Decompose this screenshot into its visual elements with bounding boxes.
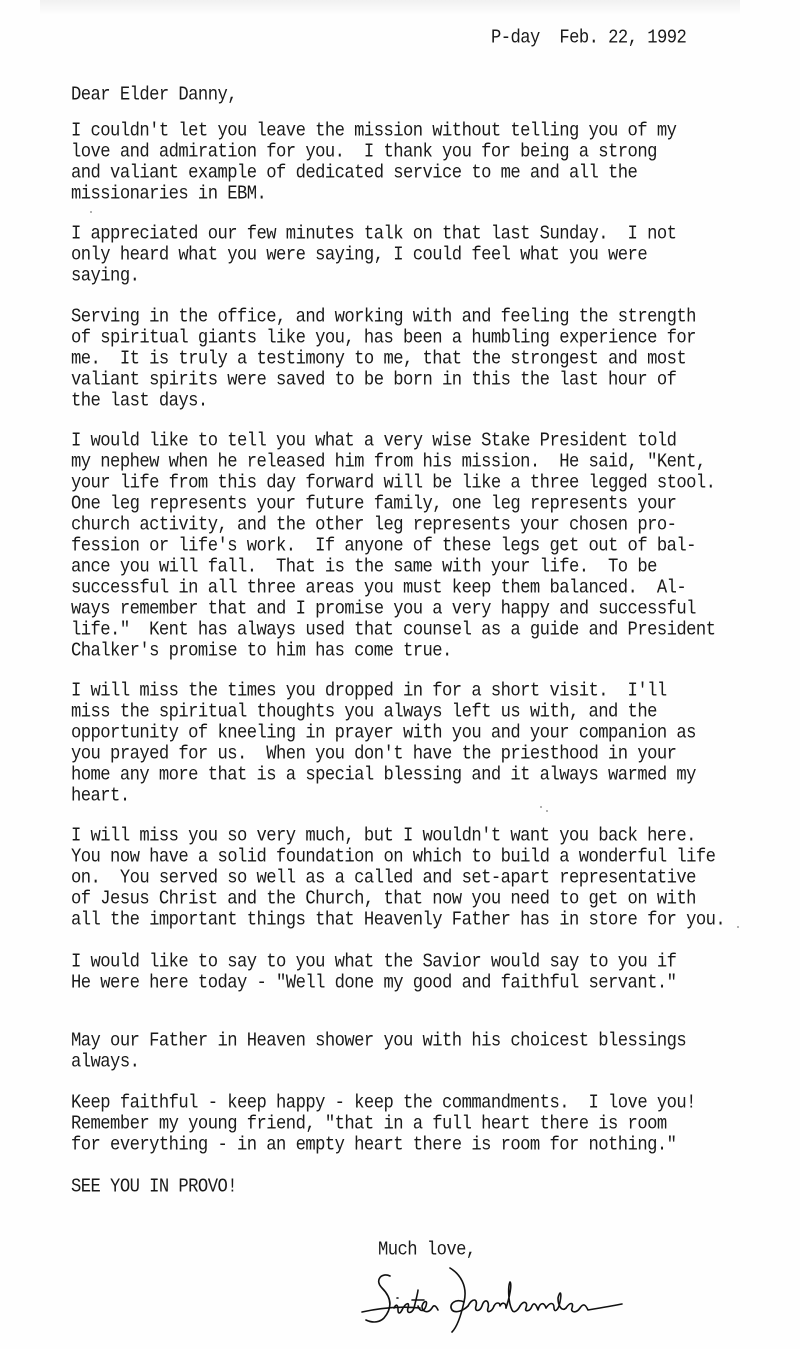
- paragraph-line: you prayed for us. When you don't have t…: [71, 744, 676, 766]
- letter-page: P-day Feb. 22, 1992 Dear Elder Danny, I …: [0, 0, 800, 1349]
- paragraph-line: always.: [71, 1052, 139, 1074]
- paragraph-line: love and admiration for you. I thank you…: [71, 142, 657, 164]
- paragraph-line: my nephew when he released him from his …: [71, 452, 706, 474]
- paragraph-line: I appreciated our few minutes talk on th…: [71, 224, 676, 246]
- paragraph-line: of Jesus Christ and the Church, that now…: [71, 889, 696, 911]
- paragraph-line: May our Father in Heaven shower you with…: [71, 1031, 686, 1053]
- paragraph-line: missionaries in EBM.: [71, 184, 266, 206]
- paragraph-line: I will miss the times you dropped in for…: [71, 681, 667, 703]
- paragraph-line: fession or life's work. If anyone of the…: [71, 536, 696, 558]
- paragraph-line: Chalker's promise to him has come true.: [71, 641, 452, 663]
- paper-speck: [546, 810, 548, 812]
- paragraph-line: I would like to tell you what a very wis…: [71, 431, 676, 453]
- paragraph-line: valiant spirits were saved to be born in…: [71, 370, 676, 392]
- paragraph-line: on. You served so well as a called and s…: [71, 868, 696, 890]
- paragraph-line: only heard what you were saying, I could…: [71, 245, 647, 267]
- closing: Much love,: [378, 1240, 476, 1261]
- paragraph-line: successful in all three areas you must k…: [71, 578, 686, 600]
- paragraph-line: Remember my young friend, "that in a ful…: [71, 1114, 667, 1136]
- paragraph-line: He were here today - "Well done my good …: [71, 973, 676, 995]
- paragraph-line: of spiritual giants like you, has been a…: [71, 328, 696, 350]
- paragraph-line: your life from this day forward will be …: [71, 473, 715, 495]
- paragraph-line: I will miss you so very much, but I woul…: [71, 826, 696, 848]
- paragraph-line: life." Kent has always used that counsel…: [71, 620, 715, 642]
- paragraph-line: all the important things that Heavenly F…: [71, 910, 725, 932]
- paragraph-line: me. It is truly a testimony to me, that …: [71, 349, 686, 371]
- paragraph-line: and valiant example of dedicated service…: [71, 163, 637, 185]
- paper-speck: [737, 926, 739, 928]
- paragraph-line: ways remember that and I promise you a v…: [71, 599, 696, 621]
- salutation: Dear Elder Danny,: [71, 85, 237, 107]
- paragraph-line: Keep faithful - keep happy - keep the co…: [71, 1093, 696, 1115]
- paragraph-line: home any more that is a special blessing…: [71, 765, 696, 787]
- paragraph-line: ance you will fall. That is the same wit…: [71, 557, 657, 579]
- handwritten-signature: [360, 1262, 640, 1334]
- paragraph-line: church activity, and the other leg repre…: [71, 515, 676, 537]
- paragraph-line: I couldn't let you leave the mission wit…: [71, 121, 676, 143]
- paragraph-line: miss the spiritual thoughts you always l…: [71, 702, 657, 724]
- paragraph-line: I would like to say to you what the Savi…: [71, 952, 676, 974]
- paragraph-line: One leg represents your future family, o…: [71, 494, 676, 516]
- paragraph-line: saying.: [71, 266, 139, 288]
- scan-edge-shadow: [40, 0, 740, 14]
- paper-speck: [90, 211, 92, 213]
- paragraph-line: for everything - in an empty heart there…: [71, 1135, 676, 1157]
- paper-speck: [540, 806, 542, 808]
- paragraph-line: heart.: [71, 786, 130, 808]
- paragraph-line: the last days.: [71, 391, 208, 413]
- paragraph-line: Serving in the office, and working with …: [71, 307, 696, 329]
- paragraph-line: opportunity of kneeling in prayer with y…: [71, 723, 696, 745]
- paragraph-line: You now have a solid foundation on which…: [71, 847, 715, 869]
- paragraph-line: SEE YOU IN PROVO!: [71, 1177, 237, 1199]
- letter-date: P-day Feb. 22, 1992: [491, 28, 686, 49]
